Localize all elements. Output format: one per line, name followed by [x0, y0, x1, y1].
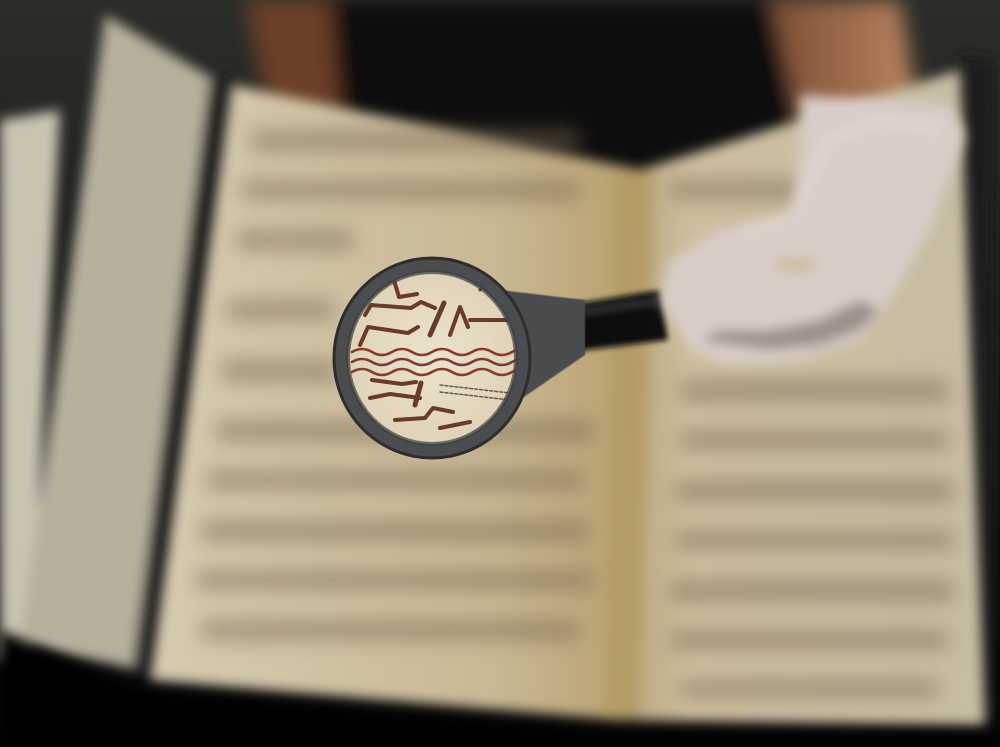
photo-scene: Gloved hand holding a magnifying glass o… [0, 0, 1000, 747]
ring [773, 258, 817, 272]
scene-graphic [0, 0, 1000, 747]
